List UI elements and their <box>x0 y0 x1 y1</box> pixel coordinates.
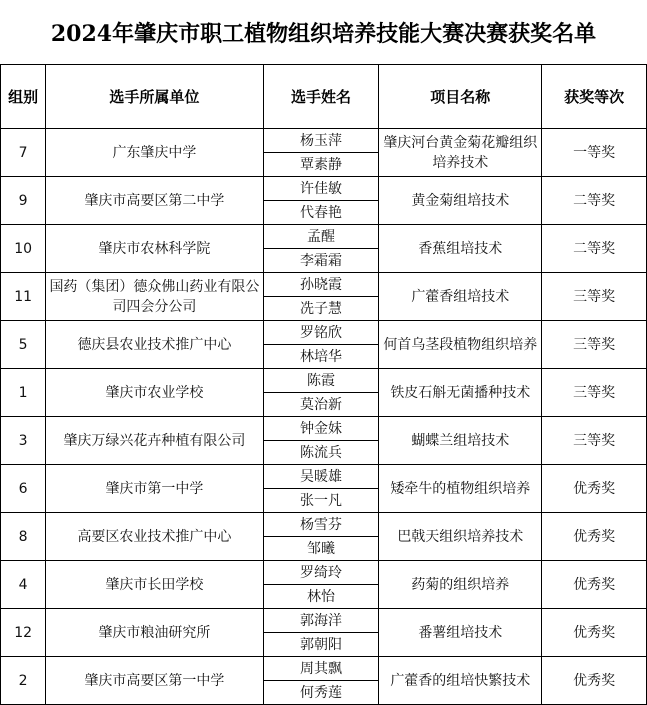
project-cell: 铁皮石斛无菌播种技术 <box>379 369 542 417</box>
award-cell: 三等奖 <box>542 369 647 417</box>
group-cell: 6 <box>1 465 46 513</box>
header-group: 组别 <box>1 65 46 129</box>
contestant-name-cell: 许佳敏 <box>263 177 379 201</box>
contestant-name-cell: 邹曦 <box>263 537 379 561</box>
award-cell: 优秀奖 <box>542 513 647 561</box>
contestant-name-cell: 陈流兵 <box>263 441 379 465</box>
group-cell: 7 <box>1 129 46 177</box>
award-cell: 优秀奖 <box>542 465 647 513</box>
group-cell: 10 <box>1 225 46 273</box>
table-row: 5德庆县农业技术推广中心罗铭欣何首乌茎段植物组织培养三等奖 <box>1 321 647 345</box>
table-row: 11国药（集团）德众佛山药业有限公司四会分公司孙晓霞广藿香组培技术三等奖 <box>1 273 647 297</box>
project-cell: 何首乌茎段植物组织培养 <box>379 321 542 369</box>
award-cell: 一等奖 <box>542 129 647 177</box>
unit-cell: 国药（集团）德众佛山药业有限公司四会分公司 <box>46 273 263 321</box>
contestant-name-cell: 莫治新 <box>263 393 379 417</box>
contestant-name-cell: 代春艳 <box>263 201 379 225</box>
contestant-name-cell: 李霜霜 <box>263 249 379 273</box>
contestant-name-cell: 郭海洋 <box>263 609 379 633</box>
contestant-name-cell: 陈霞 <box>263 369 379 393</box>
project-cell: 番薯组培技术 <box>379 609 542 657</box>
table-row: 12肇庆市粮油研究所郭海洋番薯组培技术优秀奖 <box>1 609 647 633</box>
unit-cell: 肇庆市农林科学院 <box>46 225 263 273</box>
project-cell: 肇庆河台黄金菊花瓣组织培养技术 <box>379 129 542 177</box>
table-row: 3肇庆万绿兴花卉种植有限公司钟金妹蝴蝶兰组培技术三等奖 <box>1 417 647 441</box>
table-row: 4肇庆市长田学校罗绮玲药菊的组织培养优秀奖 <box>1 561 647 585</box>
unit-cell: 肇庆市第一中学 <box>46 465 263 513</box>
award-cell: 二等奖 <box>542 177 647 225</box>
unit-cell: 广东肇庆中学 <box>46 129 263 177</box>
unit-cell: 肇庆市高要区第二中学 <box>46 177 263 225</box>
table-row: 7广东肇庆中学杨玉萍肇庆河台黄金菊花瓣组织培养技术一等奖 <box>1 129 647 153</box>
contestant-name-cell: 杨玉萍 <box>263 129 379 153</box>
group-cell: 3 <box>1 417 46 465</box>
unit-cell: 肇庆市粮油研究所 <box>46 609 263 657</box>
project-cell: 矮牵牛的植物组织培养 <box>379 465 542 513</box>
group-cell: 5 <box>1 321 46 369</box>
group-cell: 2 <box>1 657 46 705</box>
table-row: 8高要区农业技术推广中心杨雪芬巴戟天组织培养技术优秀奖 <box>1 513 647 537</box>
contestant-name-cell: 张一凡 <box>263 489 379 513</box>
group-cell: 11 <box>1 273 46 321</box>
awards-table: 组别 选手所属单位 选手姓名 项目名称 获奖等次 7广东肇庆中学杨玉萍肇庆河台黄… <box>0 64 647 705</box>
header-unit: 选手所属单位 <box>46 65 263 129</box>
unit-cell: 肇庆市长田学校 <box>46 561 263 609</box>
contestant-name-cell: 冼子慧 <box>263 297 379 321</box>
contestant-name-cell: 罗绮玲 <box>263 561 379 585</box>
contestant-name-cell: 钟金妹 <box>263 417 379 441</box>
award-cell: 优秀奖 <box>542 561 647 609</box>
project-cell: 广藿香组培技术 <box>379 273 542 321</box>
group-cell: 8 <box>1 513 46 561</box>
contestant-name-cell: 孙晓霞 <box>263 273 379 297</box>
unit-cell: 德庆县农业技术推广中心 <box>46 321 263 369</box>
group-cell: 1 <box>1 369 46 417</box>
contestant-name-cell: 林怡 <box>263 585 379 609</box>
unit-cell: 肇庆万绿兴花卉种植有限公司 <box>46 417 263 465</box>
contestant-name-cell: 杨雪芬 <box>263 513 379 537</box>
award-cell: 优秀奖 <box>542 657 647 705</box>
contestant-name-cell: 林培华 <box>263 345 379 369</box>
contestant-name-cell: 孟醒 <box>263 225 379 249</box>
contestant-name-cell: 周其飘 <box>263 657 379 681</box>
unit-cell: 肇庆市高要区第一中学 <box>46 657 263 705</box>
award-cell: 三等奖 <box>542 321 647 369</box>
award-cell: 优秀奖 <box>542 609 647 657</box>
group-cell: 4 <box>1 561 46 609</box>
award-cell: 二等奖 <box>542 225 647 273</box>
contestant-name-cell: 何秀莲 <box>263 681 379 705</box>
contestant-name-cell: 郭朝阳 <box>263 633 379 657</box>
table-row: 10肇庆市农林科学院孟醒香蕉组培技术二等奖 <box>1 225 647 249</box>
table-row: 6肇庆市第一中学吴暖雄矮牵牛的植物组织培养优秀奖 <box>1 465 647 489</box>
contestant-name-cell: 罗铭欣 <box>263 321 379 345</box>
project-cell: 蝴蝶兰组培技术 <box>379 417 542 465</box>
project-cell: 巴戟天组织培养技术 <box>379 513 542 561</box>
table-body: 7广东肇庆中学杨玉萍肇庆河台黄金菊花瓣组织培养技术一等奖覃素静9肇庆市高要区第二… <box>1 129 647 705</box>
table-header-row: 组别 选手所属单位 选手姓名 项目名称 获奖等次 <box>1 65 647 129</box>
award-cell: 三等奖 <box>542 417 647 465</box>
header-project: 项目名称 <box>379 65 542 129</box>
document-title: 2024年肇庆市职工植物组织培养技能大赛决赛获奖名单 <box>0 0 647 64</box>
header-award: 获奖等次 <box>542 65 647 129</box>
contestant-name-cell: 吴暖雄 <box>263 465 379 489</box>
group-cell: 12 <box>1 609 46 657</box>
award-cell: 三等奖 <box>542 273 647 321</box>
group-cell: 9 <box>1 177 46 225</box>
header-name: 选手姓名 <box>263 65 379 129</box>
table-row: 9肇庆市高要区第二中学许佳敏黄金菊组培技术二等奖 <box>1 177 647 201</box>
project-cell: 药菊的组织培养 <box>379 561 542 609</box>
project-cell: 香蕉组培技术 <box>379 225 542 273</box>
project-cell: 黄金菊组培技术 <box>379 177 542 225</box>
contestant-name-cell: 覃素静 <box>263 153 379 177</box>
unit-cell: 高要区农业技术推广中心 <box>46 513 263 561</box>
table-row: 1肇庆市农业学校陈霞铁皮石斛无菌播种技术三等奖 <box>1 369 647 393</box>
unit-cell: 肇庆市农业学校 <box>46 369 263 417</box>
table-row: 2肇庆市高要区第一中学周其飘广藿香的组培快繁技术优秀奖 <box>1 657 647 681</box>
project-cell: 广藿香的组培快繁技术 <box>379 657 542 705</box>
